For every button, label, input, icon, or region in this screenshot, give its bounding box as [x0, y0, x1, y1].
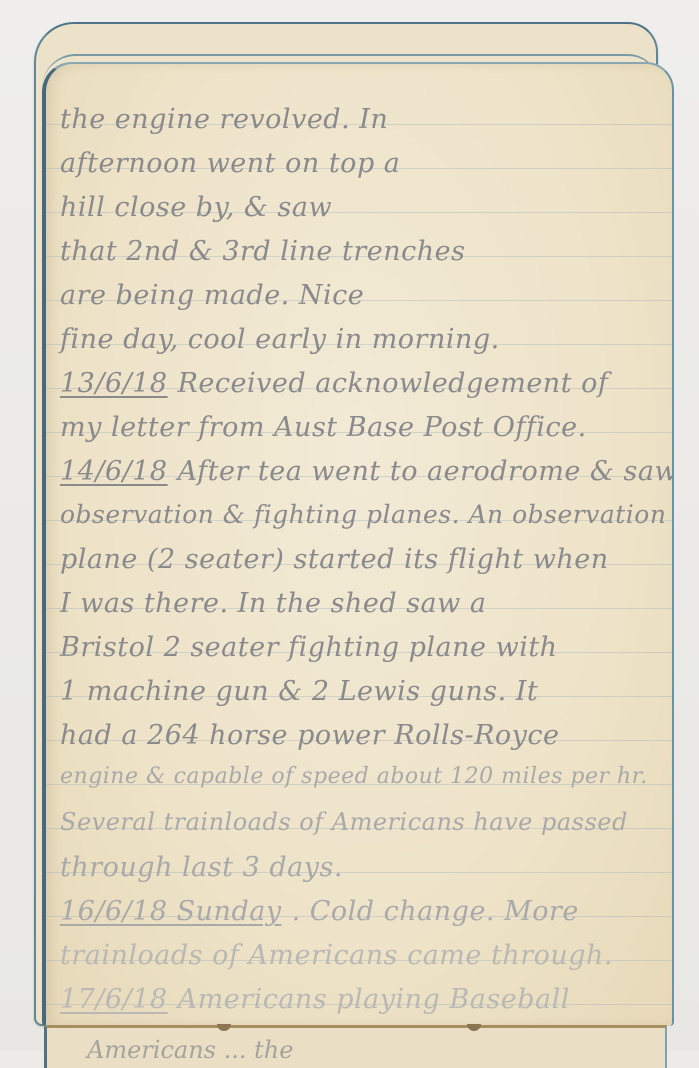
- entry-date: 16/6/18 Sunday: [60, 896, 282, 927]
- diary-line: fine day, cool early in morning.: [60, 324, 500, 355]
- next-page-edge: Americans ... the: [44, 1025, 667, 1050]
- entry-date: 17/6/18: [60, 984, 168, 1015]
- diary-line: Bristol 2 seater fighting plane with: [60, 632, 558, 663]
- diary-line: my letter from Aust Base Post Office.: [60, 412, 587, 443]
- diary-entry-line: 16/6/18 Sunday. Cold change. More: [60, 896, 579, 927]
- diary-line: observation & fighting planes. An observ…: [60, 500, 666, 529]
- diary-entry-line: 13/6/18Received acknowledgement of: [60, 368, 608, 399]
- diary-line: the engine revolved. In: [60, 104, 388, 135]
- diary-line: plane (2 seater) started its flight when: [60, 544, 609, 575]
- diary-line: trainloads of Americans came through.: [60, 940, 613, 971]
- diary-line: Several trainloads of Americans have pas…: [60, 808, 628, 836]
- diary-line: 1 machine gun & 2 Lewis guns. It: [60, 676, 538, 707]
- page-notch: [467, 1024, 481, 1031]
- diary-line: that 2nd & 3rd line trenches: [60, 236, 465, 267]
- diary-entry-line: 14/6/18After tea went to aerodrome & saw: [60, 456, 674, 487]
- entry-date: 14/6/18: [60, 456, 168, 487]
- diary-page: the engine revolved. In afternoon went o…: [42, 62, 674, 1026]
- diary-line: hill close by, & saw: [60, 192, 332, 223]
- diary-line: are being made. Nice: [60, 280, 364, 311]
- diary-entry-line: 17/6/18Americans playing Baseball: [60, 984, 570, 1015]
- next-page-text: Americans ... the: [87, 1036, 293, 1050]
- entry-date: 13/6/18: [60, 368, 168, 399]
- diary-line: I was there. In the shed saw a: [60, 588, 486, 619]
- diary-line: afternoon went on top a: [60, 148, 400, 179]
- diary-line: had a 264 horse power Rolls-Royce: [60, 720, 560, 751]
- diary-line: through last 3 days.: [60, 852, 343, 883]
- page-notch: [217, 1024, 231, 1031]
- diary-line: engine & capable of speed about 120 mile…: [60, 764, 648, 789]
